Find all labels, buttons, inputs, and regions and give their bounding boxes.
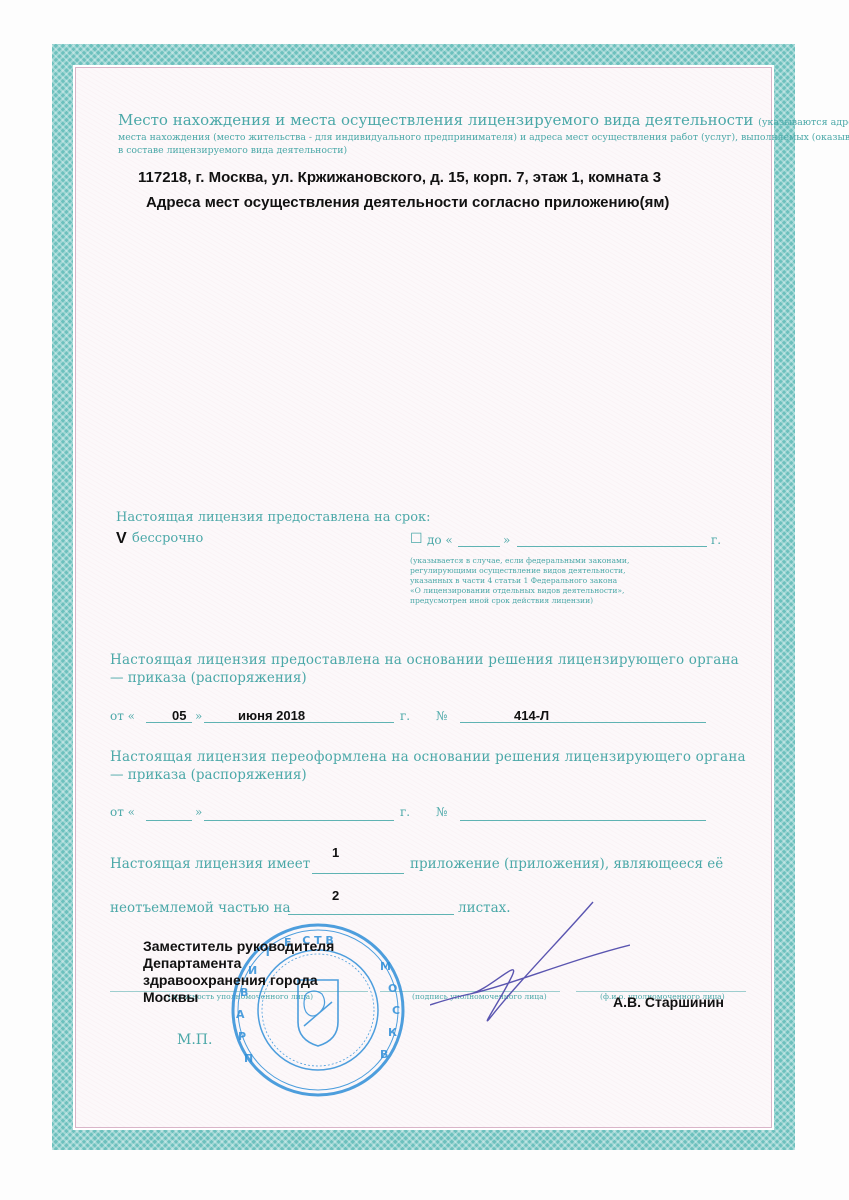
grant-text-line1: Настоящая лицензия предоставлена на осно… [110,652,739,668]
appendix-sheets: 2 [332,888,339,903]
svg-text:В: В [380,1048,388,1061]
reissue-from-label: от « [110,805,135,819]
position-line-text: Заместитель руководителя [143,938,334,954]
position-line-text: Департамента [143,955,241,971]
reissue-text-line1: Настоящая лицензия переоформлена на осно… [110,749,746,765]
svg-text:А: А [236,1008,245,1021]
grant-text-line2: — приказа (распоряжения) [110,670,307,686]
grant-from-label: от « [110,709,135,723]
svg-text:Р: Р [238,1030,246,1043]
section-title-text: Место нахождения и места осуществления л… [118,111,753,129]
term-note-line: «О лицензировании отдельных видов деятел… [410,586,624,595]
section-title: Место нахождения и места осуществления л… [118,111,849,129]
term-note-line: предусмотрен иной срок действия лицензии… [410,596,593,605]
section-note-line3: в составе лицензируемого вида деятельнос… [118,144,347,157]
check-mark-icon[interactable]: V [116,530,127,548]
appendix-sheets-start: неотъемлемой частью на [110,900,291,916]
position-line-text: Москвы [143,989,198,1005]
reissue-number-label: № [436,805,447,819]
reissue-close-quote: » [195,805,202,819]
term-note-line: указанных в части 4 статьи 1 Федеральног… [410,576,617,585]
reissue-day-line [146,820,192,821]
grant-year-suffix: г. [400,709,410,723]
grant-day: 05 [172,708,186,723]
indefinite-term-label: бессрочно [132,531,203,546]
until-checkbox[interactable]: ☐ [410,531,423,547]
reissue-text-line2: — приказа (распоряжения) [110,767,307,783]
grant-number-label: № [436,709,447,723]
official-name: А.В. Старшинин [613,994,724,1010]
grant-day-line [146,722,192,723]
seal-label: М.П. [177,1032,212,1048]
appendix-text-start: Настоящая лицензия имеет [110,856,310,872]
svg-text:О: О [388,982,397,995]
address-note: Адреса мест осуществления деятельности с… [146,194,669,211]
grant-date-line [204,722,394,723]
until-close-quote: » [503,533,510,547]
term-note-line: регулирующими осуществление видов деятел… [410,566,626,575]
svg-text:М: М [380,960,391,973]
grant-number: 414-Л [514,708,549,723]
handwritten-signature-icon [430,890,630,1030]
appendix-text-end: приложение (приложения), являющееся её [410,856,723,872]
address-line: 117218, г. Москва, ул. Кржижановского, д… [138,169,661,186]
svg-text:П: П [244,1052,253,1065]
appendix-count-line [312,873,404,874]
grant-number-line [460,722,706,723]
reissue-year-suffix: г. [400,805,410,819]
grant-month-year: июня 2018 [238,708,305,723]
term-label: Настоящая лицензия предоставлена на срок… [116,510,431,525]
reissue-number-line [460,820,706,821]
grant-close-quote: » [195,709,202,723]
section-note-inline: (указываются адрес [758,117,849,128]
until-label: до « [427,533,453,547]
reissue-date-line [204,820,394,821]
until-date-line [517,546,707,547]
until-day-line [458,546,500,547]
term-note-line: (указывается в случае, если федеральными… [410,556,629,565]
svg-text:С: С [392,1004,400,1017]
appendix-count: 1 [332,845,339,860]
section-note-line2: места нахождения (место жительства - для… [118,131,849,144]
until-year-suffix: г. [711,533,721,547]
svg-text:К: К [388,1026,397,1039]
position-line-text: здравоохранения города [143,972,318,988]
